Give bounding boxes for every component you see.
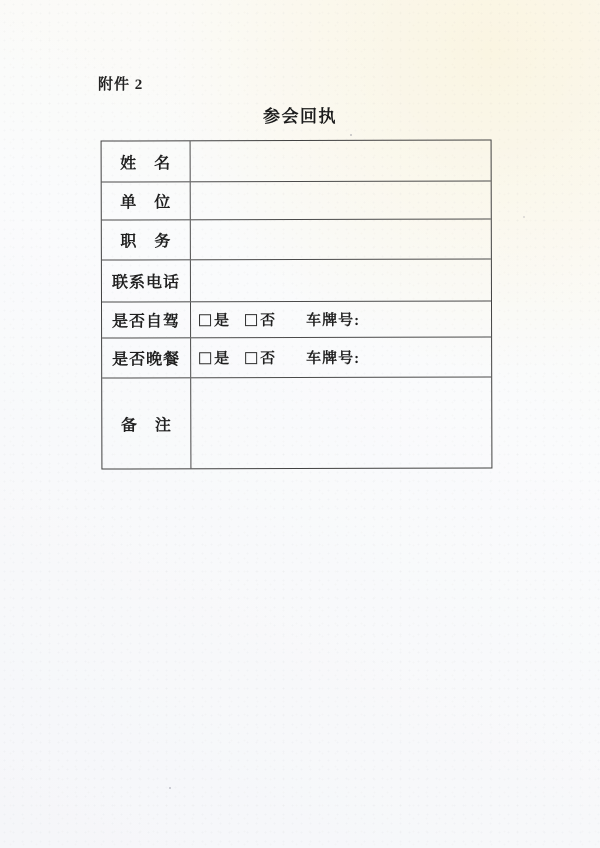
row-label: 单 位 bbox=[102, 182, 191, 219]
row-value-blank bbox=[191, 219, 491, 259]
table-row-position: 职 务 bbox=[102, 219, 491, 260]
checkbox-yes-icon bbox=[199, 314, 211, 326]
row-value-choice: 是 否 车牌号: bbox=[191, 301, 491, 337]
row-label: 联系电话 bbox=[102, 260, 191, 301]
scan-speck bbox=[169, 787, 171, 789]
attachment-label: 附件 2 bbox=[98, 73, 143, 94]
row-label: 备 注 bbox=[102, 378, 191, 468]
plate-number-label: 车牌号: bbox=[306, 309, 360, 330]
row-value-blank bbox=[191, 377, 491, 468]
checkbox-no-icon bbox=[245, 314, 257, 326]
option-no: 否 bbox=[245, 347, 275, 368]
option-yes-label: 是 bbox=[214, 309, 229, 330]
scan-speck bbox=[350, 134, 352, 136]
table-row-name: 姓 名 bbox=[102, 140, 491, 182]
table-row-self-driving: 是否自驾 是 否 车牌号: bbox=[102, 301, 491, 338]
checkbox-yes-icon bbox=[199, 352, 211, 364]
plate-number-label: 车牌号: bbox=[306, 347, 360, 368]
scanned-page: 附件 2 参会回执 姓 名 单 位 职 务 联系电话 是否自驾 是 bbox=[0, 0, 600, 848]
row-value-choice: 是 否 车牌号: bbox=[191, 337, 491, 377]
row-value-blank bbox=[191, 140, 491, 181]
table-row-remarks: 备 注 bbox=[102, 377, 491, 468]
row-label: 职 务 bbox=[102, 220, 191, 259]
row-label: 是否自驾 bbox=[102, 302, 191, 337]
option-no: 否 bbox=[245, 309, 275, 330]
option-yes-label: 是 bbox=[214, 347, 229, 368]
scan-speck bbox=[523, 216, 525, 218]
option-no-label: 否 bbox=[260, 309, 275, 330]
row-value-blank bbox=[191, 181, 491, 219]
row-label: 姓 名 bbox=[102, 141, 191, 181]
option-no-label: 否 bbox=[260, 347, 275, 368]
row-label: 是否晚餐 bbox=[102, 338, 191, 377]
table-row-phone: 联系电话 bbox=[102, 259, 491, 302]
option-yes: 是 bbox=[199, 309, 229, 330]
reply-form-table: 姓 名 单 位 职 务 联系电话 是否自驾 是 否 bbox=[101, 139, 493, 469]
checkbox-no-icon bbox=[245, 352, 257, 364]
option-yes: 是 bbox=[199, 347, 229, 368]
table-row-unit: 单 位 bbox=[102, 181, 491, 220]
table-row-dinner: 是否晚餐 是 否 车牌号: bbox=[102, 337, 491, 378]
row-value-blank bbox=[191, 259, 491, 301]
page-title: 参会回执 bbox=[0, 102, 600, 127]
